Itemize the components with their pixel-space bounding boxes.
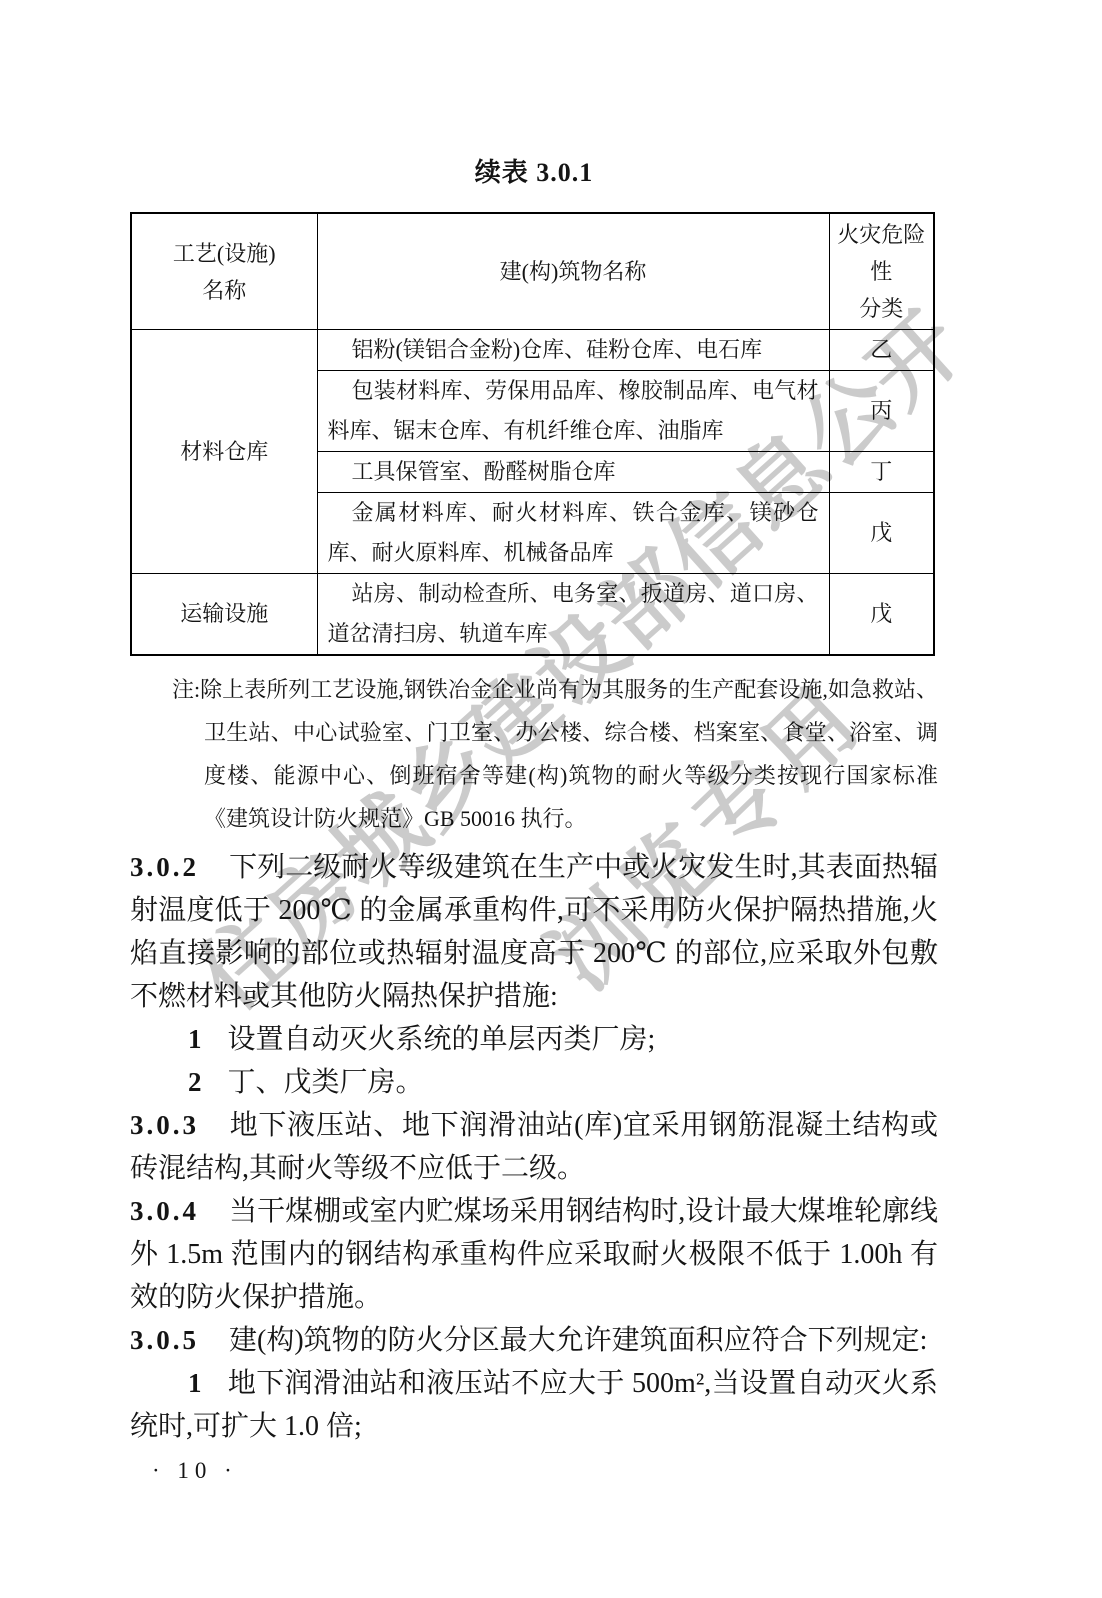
col-header-fire-hazard-class: 火灾危险性 分类 xyxy=(829,213,934,330)
table-title: 续表 3.0.1 xyxy=(130,158,938,192)
item-text: 设置自动灭火系统的单层丙类厂房; xyxy=(228,1024,656,1055)
table-note: 注:除上表所列工艺设施,钢铁冶金企业尚有为其服务的生产配套设施,如急救站、卫生站… xyxy=(130,668,938,840)
table-header-row: 工艺(设施) 名称 建(构)筑物名称 火灾危险性 分类 xyxy=(131,213,934,330)
table-row: 材料仓库 铝粉(镁铝合金粉)仓库、硅粉仓库、电石库 乙 xyxy=(131,330,934,371)
page-number: · 10 · xyxy=(130,1456,938,1486)
clause-3-0-5-item-1: 1地下润滑油站和液压站不应大于 500m²,当设置自动灭火系统时,可扩大 1.0… xyxy=(130,1362,938,1448)
clause-3-0-3: 3.0.3地下液压站、地下润滑油站(库)宜采用钢筋混凝土结构或砖混结构,其耐火等… xyxy=(130,1104,938,1190)
item-number: 1 xyxy=(188,1024,202,1054)
clause-text: 建(构)筑物的防火分区最大允许建筑面积应符合下列规定: xyxy=(229,1325,927,1356)
clause-number: 3.0.5 xyxy=(130,1325,199,1355)
clause-text: 下列二级耐火等级建筑在生产中或火灾发生时,其表面热辐射温度低于 200℃ 的金属… xyxy=(130,852,938,1012)
clause-number: 3.0.2 xyxy=(130,852,199,882)
buildings-cell: 金属材料库、耐火材料库、铁合金库、镁砂仓库、耐火原料库、机械备品库 xyxy=(317,493,829,574)
clause-text: 当干煤棚或室内贮煤场采用钢结构时,设计最大煤堆轮廓线外 1.5m 范围内的钢结构… xyxy=(130,1196,938,1313)
hazard-class-cell: 戊 xyxy=(829,574,934,656)
buildings-cell: 铝粉(镁铝合金粉)仓库、硅粉仓库、电石库 xyxy=(317,330,829,371)
buildings-cell: 工具保管室、酚醛树脂仓库 xyxy=(317,452,829,493)
buildings-cell: 包装材料库、劳保用品库、橡胶制品库、电气材料库、锯末仓库、有机纤维仓库、油脂库 xyxy=(317,371,829,452)
hazard-class-cell: 乙 xyxy=(829,330,934,371)
clause-3-0-4: 3.0.4当干煤棚或室内贮煤场采用钢结构时,设计最大煤堆轮廓线外 1.5m 范围… xyxy=(130,1190,938,1319)
table-row: 运输设施 站房、制动检查所、电务室、扳道房、道口房、道岔清扫房、轨道车库 戊 xyxy=(131,574,934,656)
col-header-fire-hazard-line1: 火灾危险性 xyxy=(830,216,934,290)
clause-3-0-2-item-2: 2丁、戊类厂房。 xyxy=(130,1061,938,1104)
clause-3-0-2: 3.0.2下列二级耐火等级建筑在生产中或火灾发生时,其表面热辐射温度低于 200… xyxy=(130,846,938,1018)
hazard-class-cell: 丁 xyxy=(829,452,934,493)
category-cell-transport-facilities: 运输设施 xyxy=(131,574,317,656)
buildings-cell: 站房、制动检查所、电务室、扳道房、道口房、道岔清扫房、轨道车库 xyxy=(317,574,829,656)
col-header-process-name: 工艺(设施) 名称 xyxy=(131,213,317,330)
hazard-class-cell: 丙 xyxy=(829,371,934,452)
page-content: 续表 3.0.1 工艺(设施) 名称 建(构)筑物名称 火灾危险性 分类 xyxy=(0,0,1102,1486)
clauses-section: 3.0.2下列二级耐火等级建筑在生产中或火灾发生时,其表面热辐射温度低于 200… xyxy=(130,846,938,1448)
clause-text: 地下液压站、地下润滑油站(库)宜采用钢筋混凝土结构或砖混结构,其耐火等级不应低于… xyxy=(130,1110,938,1184)
item-text: 丁、戊类厂房。 xyxy=(228,1067,424,1098)
col-header-fire-hazard-line2: 分类 xyxy=(830,290,934,327)
document-page: 住房城乡建设部信息公开 浏览专用 续表 3.0.1 工艺(设施) 名称 建(构)… xyxy=(0,0,1102,1598)
col-header-process-name-line1: 工艺(设施) xyxy=(132,235,317,272)
category-cell-material-warehouse: 材料仓库 xyxy=(131,330,317,574)
clause-number: 3.0.4 xyxy=(130,1196,199,1226)
hazard-class-cell: 戊 xyxy=(829,493,934,574)
col-header-process-name-line2: 名称 xyxy=(132,272,317,309)
clause-number: 3.0.3 xyxy=(130,1110,199,1140)
fire-hazard-classification-table: 工艺(设施) 名称 建(构)筑物名称 火灾危险性 分类 材料仓库 铝粉(镁铝合金… xyxy=(130,212,935,656)
col-header-building-name: 建(构)筑物名称 xyxy=(317,213,829,330)
item-number: 2 xyxy=(188,1067,202,1097)
clause-3-0-2-item-1: 1设置自动灭火系统的单层丙类厂房; xyxy=(130,1018,938,1061)
item-text: 地下润滑油站和液压站不应大于 500m²,当设置自动灭火系统时,可扩大 1.0 … xyxy=(130,1368,938,1442)
clause-3-0-5: 3.0.5建(构)筑物的防火分区最大允许建筑面积应符合下列规定: xyxy=(130,1319,938,1362)
item-number: 1 xyxy=(188,1368,202,1398)
